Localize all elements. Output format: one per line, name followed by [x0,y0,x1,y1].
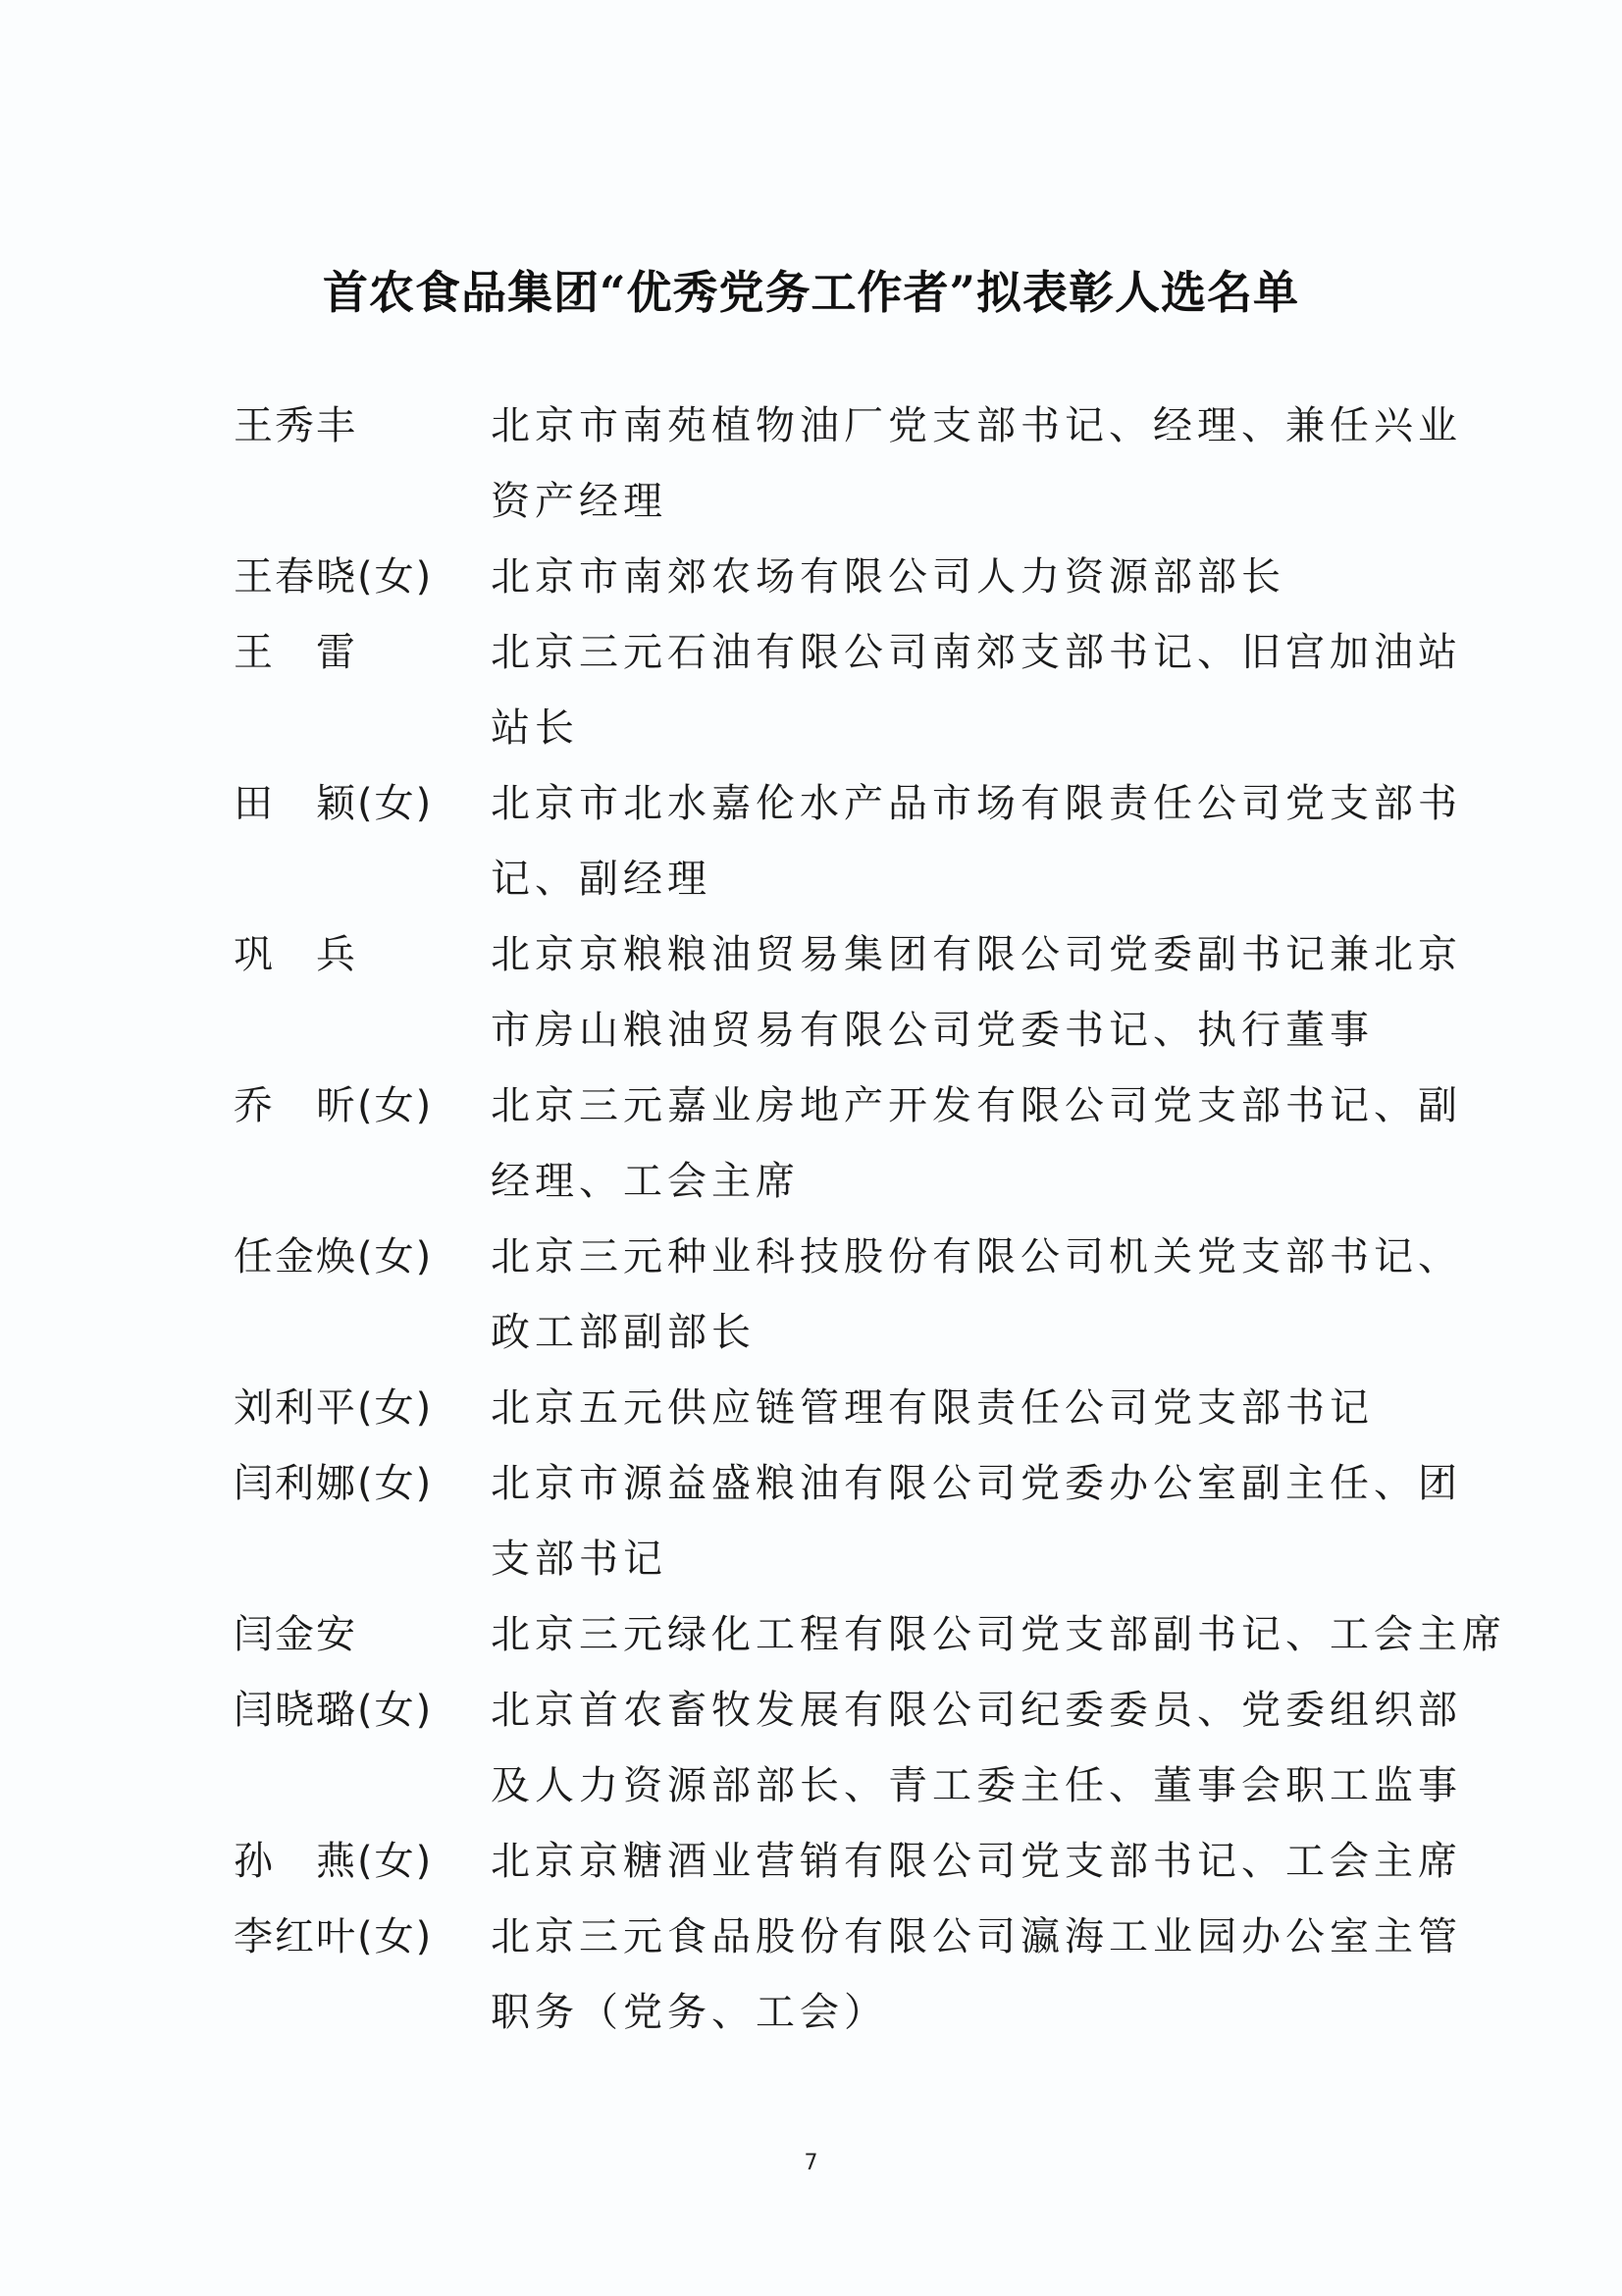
nominee-name: 李红叶(女) [234,1900,491,1975]
position-line: 北京京糖酒业营销有限公司党支部书记、工会主席 [491,1824,1462,1900]
position-line: 站长 [491,691,1462,766]
nominee-name: 刘利平(女) [234,1371,491,1446]
position-line: 北京市北水嘉伦水产品市场有限责任公司党支部书 [491,766,1462,842]
position-line: 北京市南郊农场有限公司人力资源部部长 [491,540,1450,615]
nominee-position: 北京三元石油有限公司南郊支部书记、旧宫加油站 站长 [491,615,1462,766]
page-number: 7 [0,2151,1622,2175]
nominee-entry: 闫金安 北京三元绿化工程有限公司党支部副书记、工会主席 [234,1597,1450,1673]
nominee-position: 北京三元嘉业房地产开发有限公司党支部书记、副 经理、工会主席 [491,1069,1462,1220]
nominee-entry: 王秀丰 北京市南苑植物油厂党支部书记、经理、兼任兴业 资产经理 [234,389,1450,540]
nominee-name: 闫利娜(女) [234,1446,491,1522]
nominee-entry: 闫晓璐(女) 北京首农畜牧发展有限公司纪委委员、党委组织部 及人力资源部部长、青… [234,1673,1450,1824]
nominee-list: 王秀丰 北京市南苑植物油厂党支部书记、经理、兼任兴业 资产经理 王春晓(女) 北… [234,389,1450,2051]
position-line: 北京市源益盛粮油有限公司党委办公室副主任、团 [491,1446,1462,1522]
nominee-entry: 李红叶(女) 北京三元食品股份有限公司瀛海工业园办公室主管 职务（党务、工会） [234,1900,1450,2051]
position-line: 北京京粮粮油贸易集团有限公司党委副书记兼北京 [491,917,1462,993]
nominee-entry: 王 雷 北京三元石油有限公司南郊支部书记、旧宫加油站 站长 [234,615,1450,766]
nominee-name: 王春晓(女) [234,540,491,615]
position-line: 职务（党务、工会） [491,1975,1462,2051]
position-line: 北京三元食品股份有限公司瀛海工业园办公室主管 [491,1900,1462,1975]
position-line: 北京市南苑植物油厂党支部书记、经理、兼任兴业 [491,389,1462,464]
nominee-name: 孙 燕(女) [234,1824,491,1900]
nominee-name: 田 颖(女) [234,766,491,842]
nominee-name: 闫金安 [234,1597,491,1673]
nominee-entry: 田 颖(女) 北京市北水嘉伦水产品市场有限责任公司党支部书 记、副经理 [234,766,1450,917]
nominee-position: 北京市南苑植物油厂党支部书记、经理、兼任兴业 资产经理 [491,389,1462,540]
position-line: 北京五元供应链管理有限责任公司党支部书记 [491,1371,1450,1446]
nominee-name: 巩 兵 [234,917,491,993]
nominee-entry: 闫利娜(女) 北京市源益盛粮油有限公司党委办公室副主任、团 支部书记 [234,1446,1450,1597]
nominee-position: 北京京糖酒业营销有限公司党支部书记、工会主席 [491,1824,1462,1900]
position-line: 支部书记 [491,1522,1462,1597]
nominee-entry: 乔 昕(女) 北京三元嘉业房地产开发有限公司党支部书记、副 经理、工会主席 [234,1069,1450,1220]
nominee-position: 北京三元种业科技股份有限公司机关党支部书记、 政工部副部长 [491,1220,1462,1371]
nominee-position: 北京市北水嘉伦水产品市场有限责任公司党支部书 记、副经理 [491,766,1462,917]
nominee-name: 王秀丰 [234,389,491,464]
nominee-position: 北京市源益盛粮油有限公司党委办公室副主任、团 支部书记 [491,1446,1462,1597]
position-line: 政工部副部长 [491,1295,1462,1371]
nominee-entry: 任金焕(女) 北京三元种业科技股份有限公司机关党支部书记、 政工部副部长 [234,1220,1450,1371]
position-line: 市房山粮油贸易有限公司党委书记、执行董事 [491,993,1462,1069]
nominee-position: 北京京粮粮油贸易集团有限公司党委副书记兼北京 市房山粮油贸易有限公司党委书记、执… [491,917,1462,1069]
nominee-position: 北京三元食品股份有限公司瀛海工业园办公室主管 职务（党务、工会） [491,1900,1462,2051]
nominee-position: 北京市南郊农场有限公司人力资源部部长 [491,540,1450,615]
position-line: 北京三元种业科技股份有限公司机关党支部书记、 [491,1220,1462,1295]
position-line: 北京首农畜牧发展有限公司纪委委员、党委组织部 [491,1673,1462,1748]
nominee-name: 乔 昕(女) [234,1069,491,1144]
position-line: 北京三元绿化工程有限公司党支部副书记、工会主席 [491,1597,1506,1673]
position-line: 北京三元嘉业房地产开发有限公司党支部书记、副 [491,1069,1462,1144]
nominee-name: 任金焕(女) [234,1220,491,1295]
nominee-entry: 孙 燕(女) 北京京糖酒业营销有限公司党支部书记、工会主席 [234,1824,1450,1900]
nominee-entry: 王春晓(女) 北京市南郊农场有限公司人力资源部部长 [234,540,1450,615]
position-line: 记、副经理 [491,842,1462,917]
position-line: 及人力资源部部长、青工委主任、董事会职工监事 [491,1748,1462,1824]
nominee-position: 北京三元绿化工程有限公司党支部副书记、工会主席 [491,1597,1506,1673]
nominee-entry: 巩 兵 北京京粮粮油贸易集团有限公司党委副书记兼北京 市房山粮油贸易有限公司党委… [234,917,1450,1069]
position-line: 经理、工会主席 [491,1144,1462,1220]
position-line: 北京三元石油有限公司南郊支部书记、旧宫加油站 [491,615,1462,691]
nominee-name: 王 雷 [234,615,491,691]
position-line: 资产经理 [491,464,1462,540]
nominee-position: 北京首农畜牧发展有限公司纪委委员、党委组织部 及人力资源部部长、青工委主任、董事… [491,1673,1462,1824]
nominee-name: 闫晓璐(女) [234,1673,491,1748]
nominee-entry: 刘利平(女) 北京五元供应链管理有限责任公司党支部书记 [234,1371,1450,1446]
nominee-position: 北京五元供应链管理有限责任公司党支部书记 [491,1371,1450,1446]
page-title: 首农食品集团“优秀党务工作者”拟表彰人选名单 [0,257,1622,322]
